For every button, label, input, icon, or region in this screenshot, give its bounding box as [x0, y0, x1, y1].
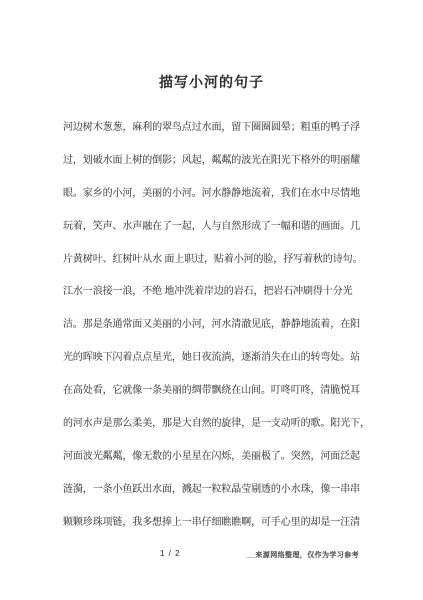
body-line: 玩着，笑声、水声融在了一起，人与自然形成了一幅和谐的画面。几 — [63, 211, 363, 244]
body-line: 洁。那是条通常面又美丽的小河，河水清澈见底，静静地流着，在阳 — [63, 309, 363, 342]
page-number: 1 / 2 — [160, 549, 181, 558]
body-line: 眼。家乡的小河，美丽的小河。河水静静地流着，我们在水中尽情地 — [63, 178, 363, 211]
body-line: 涟漪，一条小鱼跃出水面，溅起一粒粒晶莹剔透的小水珠，像一串串 — [63, 474, 363, 507]
footer-source-note: __来源网络整理，仅作为学习参考 — [247, 550, 359, 560]
document-page: 描写小河的句子 河边树木葱葱，麻利的翠鸟点过水面，留下圈圈圆晕；粗重的鸭子浮 过… — [0, 0, 423, 600]
body-line: 江水一浪接一浪，不绝 地冲洗着岸边的岩石，把岩石冲刷得十分光 — [63, 276, 363, 309]
body-line: 河面波光粼粼，像无数的小星星在闪烁，美丽极了。突然，河面泛起 — [63, 441, 363, 474]
document-body: 河边树木葱葱，麻利的翠鸟点过水面，留下圈圈圆晕；粗重的鸭子浮 过，划破水面上树的… — [63, 112, 363, 540]
document-footer: 1 / 2 __来源网络整理，仅作为学习参考 — [0, 549, 423, 563]
document-title: 描写小河的句子 — [0, 72, 423, 92]
body-line: 片黄树叶、红树叶从水 面上职过，贴着小河的脸，抒写着秋的诗句。 — [63, 244, 363, 277]
body-line: 河边树木葱葱，麻利的翠鸟点过水面，留下圈圈圆晕；粗重的鸭子浮 — [63, 112, 363, 145]
body-line: 颗颗珍珠项链，我多想捧上一串仔细瞧瞧啊，可手心里的却是一汪清 — [63, 507, 363, 540]
body-line: 过，划破水面上树的倒影；风起，粼粼的波光在阳光下格外的明丽耀 — [63, 145, 363, 178]
body-line: 在高处看，它就像一条美丽的绸带飘绕在山间。叮咚叮咚，清脆悦耳 — [63, 375, 363, 408]
body-line: 的河水声是那么柔美，那是大自然的旋律，是一支动听的歌。阳光下， — [63, 408, 363, 441]
body-line: 光的晖映下闪着点点星光，她日夜流淌，逐渐消失在山的转弯处。站 — [63, 342, 363, 375]
